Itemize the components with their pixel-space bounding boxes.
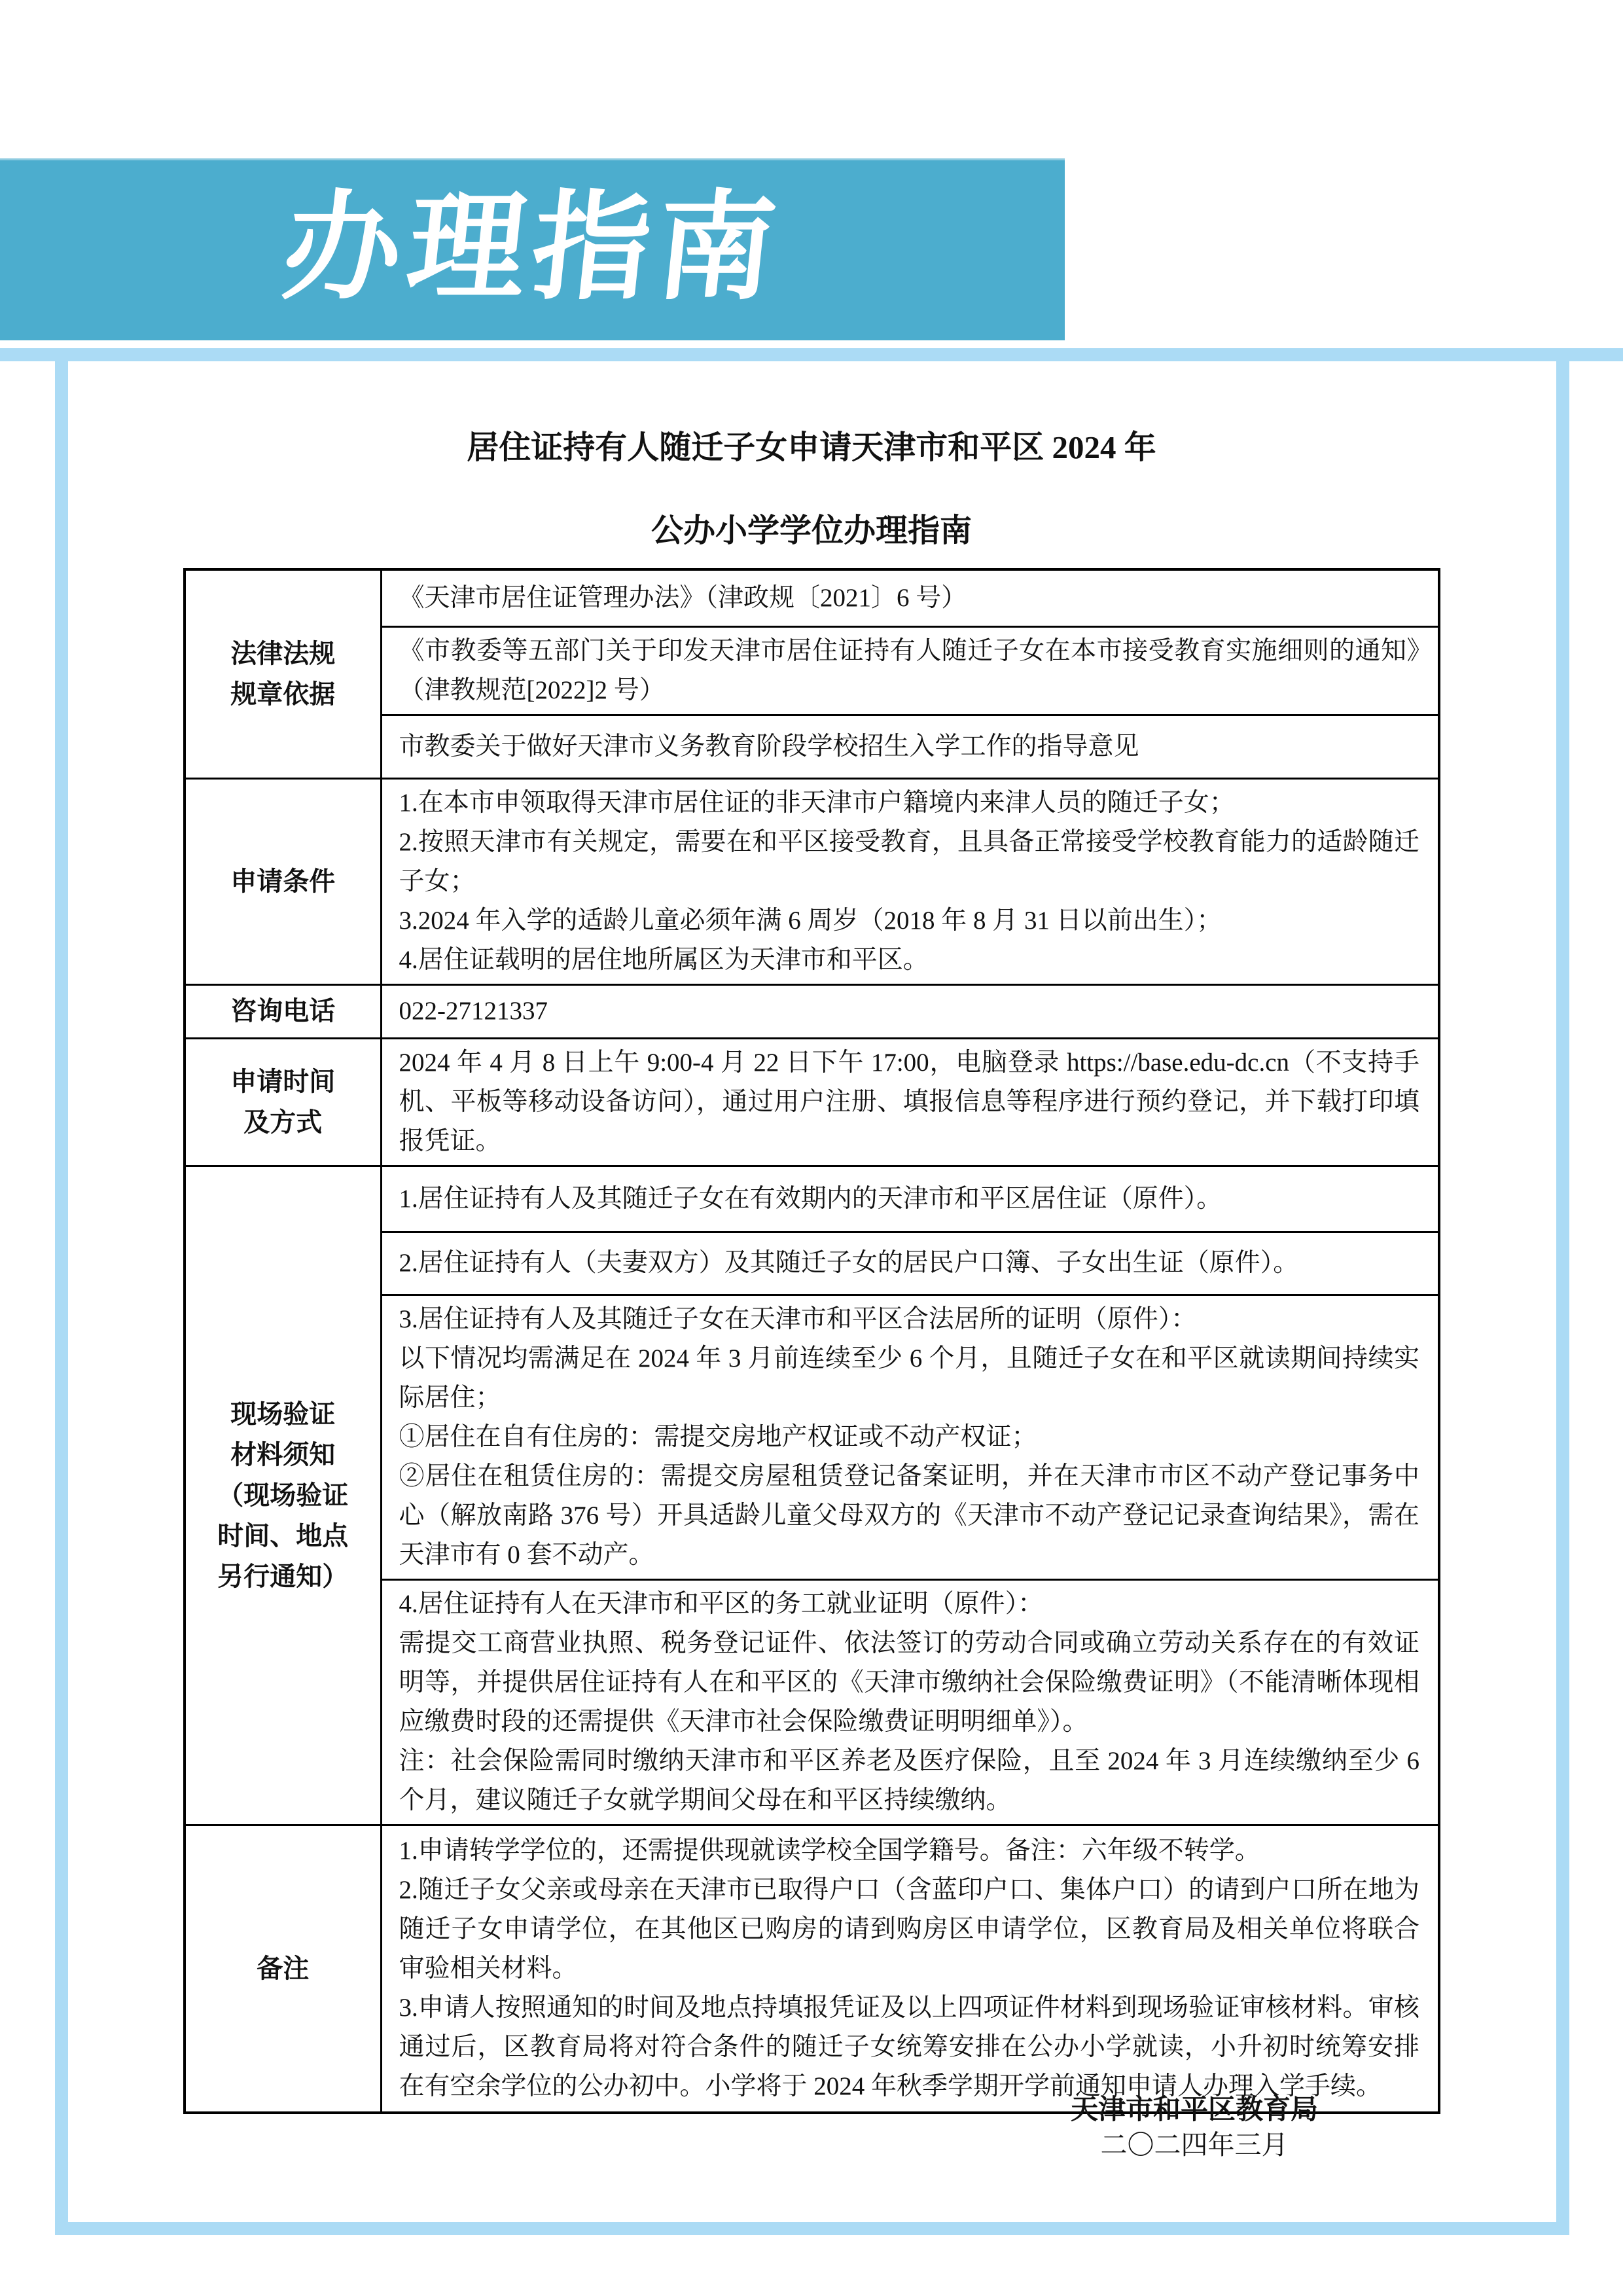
- remarks-label-cell: 备注: [185, 1825, 381, 2113]
- issuing-authority: 天津市和平区教育局: [1063, 2092, 1325, 2127]
- guide-table: 法律法规 规章依据 《天津市居住证管理办法》（津政规〔2021〕6 号） 《市教…: [183, 568, 1440, 2114]
- row-legal-1: 法律法规 规章依据 《天津市居住证管理办法》（津政规〔2021〕6 号）: [185, 569, 1439, 626]
- legal-item-1: 《天津市居住证管理办法》（津政规〔2021〕6 号）: [399, 579, 1420, 618]
- legal-item-2-cell: 《市教委等五部门关于印发天津市居住证持有人随迁子女在本市接受教育实施细则的通知》…: [381, 626, 1439, 715]
- materials-label-line: （现场验证: [187, 1475, 380, 1516]
- materials-item-3-intro: 以下情况均需满足在 2024 年 3 月前连续至少 6 个月，且随迁子女在和平区…: [399, 1339, 1420, 1418]
- materials-label-cell: 现场验证 材料须知 （现场验证 时间、地点 另行通知）: [185, 1166, 381, 1825]
- legal-item-3: 市教委关于做好天津市义务教育阶段学校招生入学工作的指导意见: [399, 727, 1420, 766]
- materials-item-3-cell: 3.居住证持有人及其随迁子女在天津市和平区合法居所的证明（原件）： 以下情况均需…: [381, 1295, 1439, 1579]
- row-materials-1: 现场验证 材料须知 （现场验证 时间、地点 另行通知） 1.居住证持有人及其随迁…: [185, 1166, 1439, 1232]
- remark-item: 1.申请转学学位的，还需提供现就读学校全国学籍号。备注：六年级不转学。: [399, 1831, 1420, 1871]
- conditions-label-cell: 申请条件: [185, 778, 381, 984]
- materials-item-2-cell: 2.居住证持有人（夫妻双方）及其随迁子女的居民户口簿、子女出生证（原件）。: [381, 1232, 1439, 1295]
- frame-stripe-top: [0, 348, 1623, 361]
- signature-block: 天津市和平区教育局 二〇二四年三月: [1063, 2092, 1325, 2162]
- materials-item-1-cell: 1.居住证持有人及其随迁子女在有效期内的天津市和平区居住证（原件）。: [381, 1166, 1439, 1232]
- header-banner: 办理指南: [0, 158, 1065, 340]
- condition-item: 1.在本市申领取得天津市居住证的非天津市户籍境内来津人员的随迁子女；: [399, 783, 1420, 823]
- banner-title: 办理指南: [0, 160, 1074, 340]
- time-cell: 2024 年 4 月 8 日上午 9:00-4 月 22 日下午 17:00，电…: [381, 1038, 1439, 1166]
- phone-value-cell: 022-27121337: [381, 984, 1439, 1038]
- frame-bar-right: [1556, 348, 1569, 2235]
- materials-item-3-rented: ②居住在租赁住房的：需提交房屋租赁登记备案证明，并在天津市市区不动产登记事务中心…: [399, 1457, 1420, 1575]
- materials-item-4-cell: 4.居住证持有人在天津市和平区的务工就业证明（原件）： 需提交工商营业执照、税务…: [381, 1579, 1439, 1825]
- materials-item-3-owned: ①居住在自有住房的：需提交房地产权证或不动产权证；: [399, 1418, 1420, 1457]
- condition-item: 3.2024 年入学的适龄儿童必须年满 6 周岁（2018 年 8 月 31 日…: [399, 901, 1420, 941]
- legal-label-cell: 法律法规 规章依据: [185, 569, 381, 778]
- time-label-line: 及方式: [187, 1102, 380, 1143]
- materials-item-4-note: 注：社会保险需同时缴纳天津市和平区养老及医疗保险，且至 2024 年 3 月连续…: [399, 1742, 1420, 1820]
- condition-item: 2.按照天津市有关规定，需要在和平区接受教育，且具备正常接受学校教育能力的适龄随…: [399, 823, 1420, 901]
- row-conditions: 申请条件 1.在本市申领取得天津市居住证的非天津市户籍境内来津人员的随迁子女； …: [185, 778, 1439, 984]
- legal-label-line: 规章依据: [187, 674, 380, 715]
- guide-table-wrap: 法律法规 规章依据 《天津市居住证管理办法》（津政规〔2021〕6 号） 《市教…: [183, 568, 1440, 2114]
- issue-date: 二〇二四年三月: [1063, 2127, 1325, 2162]
- doc-title-line2: 公办小学学位办理指南: [0, 505, 1623, 551]
- legal-item-1-cell: 《天津市居住证管理办法》（津政规〔2021〕6 号）: [381, 569, 1439, 626]
- legal-item-2: 《市教委等五部门关于印发天津市居住证持有人随迁子女在本市接受教育实施细则的通知》…: [399, 632, 1420, 710]
- phone-number: 022-27121337: [399, 992, 1420, 1031]
- row-time: 申请时间 及方式 2024 年 4 月 8 日上午 9:00-4 月 22 日下…: [185, 1038, 1439, 1166]
- time-text: 2024 年 4 月 8 日上午 9:00-4 月 22 日下午 17:00，电…: [399, 1043, 1420, 1161]
- time-label-cell: 申请时间 及方式: [185, 1038, 381, 1166]
- materials-label-line: 时间、地点: [187, 1516, 380, 1556]
- row-phone: 咨询电话 022-27121337: [185, 984, 1439, 1038]
- remarks-cell: 1.申请转学学位的，还需提供现就读学校全国学籍号。备注：六年级不转学。 2.随迁…: [381, 1825, 1439, 2113]
- frame-bar-left: [55, 348, 68, 2235]
- doc-title-line1: 居住证持有人随迁子女申请天津市和平区 2024 年: [0, 422, 1623, 468]
- legal-label-line: 法律法规: [187, 634, 380, 674]
- materials-label-line: 另行通知）: [187, 1556, 380, 1597]
- row-remarks: 备注 1.申请转学学位的，还需提供现就读学校全国学籍号。备注：六年级不转学。 2…: [185, 1825, 1439, 2113]
- materials-label-line: 现场验证: [187, 1394, 380, 1435]
- materials-item-3-head: 3.居住证持有人及其随迁子女在天津市和平区合法居所的证明（原件）：: [399, 1300, 1420, 1339]
- legal-item-3-cell: 市教委关于做好天津市义务教育阶段学校招生入学工作的指导意见: [381, 715, 1439, 778]
- frame-bar-bottom: [55, 2222, 1569, 2235]
- conditions-cell: 1.在本市申领取得天津市居住证的非天津市户籍境内来津人员的随迁子女； 2.按照天…: [381, 778, 1439, 984]
- phone-label-cell: 咨询电话: [185, 984, 381, 1038]
- document-page: 办理指南 居住证持有人随迁子女申请天津市和平区 2024 年 公办小学学位办理指…: [0, 0, 1623, 2296]
- condition-item: 4.居住证载明的居住地所属区为天津市和平区。: [399, 941, 1420, 980]
- materials-item-4-body: 需提交工商营业执照、税务登记证件、依法签订的劳动合同或确立劳动关系存在的有效证明…: [399, 1624, 1420, 1742]
- materials-item-4-head: 4.居住证持有人在天津市和平区的务工就业证明（原件）：: [399, 1585, 1420, 1624]
- time-label-line: 申请时间: [187, 1062, 380, 1102]
- materials-item-1: 1.居住证持有人及其随迁子女在有效期内的天津市和平区居住证（原件）。: [399, 1179, 1420, 1219]
- remark-item: 3.申请人按照通知的时间及地点持填报凭证及以上四项证件材料到现场验证审核材料。审…: [399, 1988, 1420, 2106]
- remark-item: 2.随迁子女父亲或母亲在天津市已取得户口（含蓝印户口、集体户口）的请到户口所在地…: [399, 1871, 1420, 1988]
- materials-label-line: 材料须知: [187, 1435, 380, 1475]
- materials-item-2: 2.居住证持有人（夫妻双方）及其随迁子女的居民户口簿、子女出生证（原件）。: [399, 1244, 1420, 1283]
